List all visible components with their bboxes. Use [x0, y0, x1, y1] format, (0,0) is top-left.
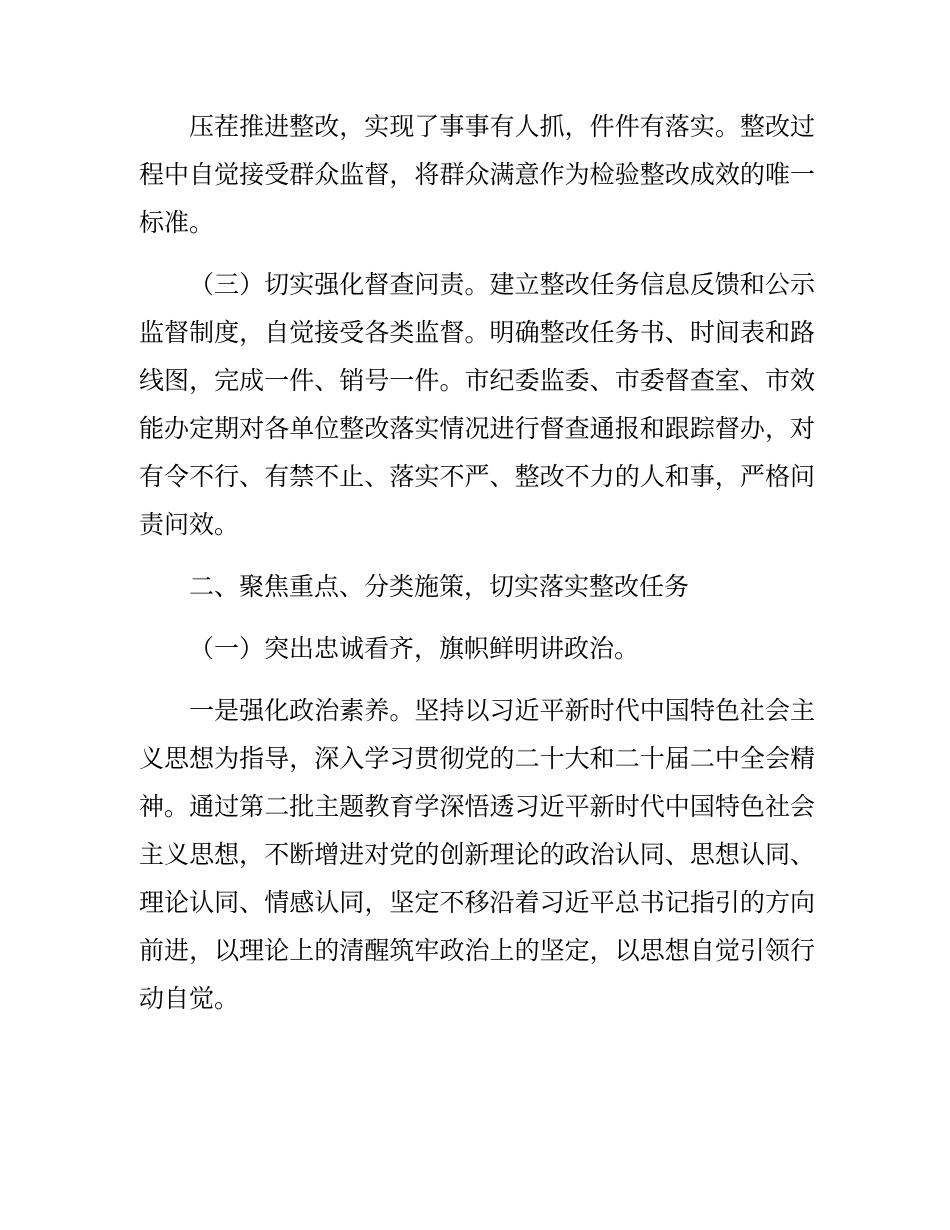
- paragraph-political-literacy: 一是强化政治素养。坚持以习近平新时代中国特色社会主义思想为指导，深入学习贯彻党的…: [139, 687, 815, 1023]
- document-page: 压茬推进整改，实现了事事有人抓，件件有落实。整改过程中自觉接受群众监督，将群众满…: [0, 0, 950, 1230]
- heading-part-two: 二、聚焦重点、分类施策，切实落实整改任务: [139, 563, 815, 611]
- paragraph-supervision-result: 压茬推进整改，实现了事事有人抓，件件有落实。整改过程中自觉接受群众监督，将群众满…: [139, 103, 815, 247]
- paragraph-section-three-accountability: （三）切实强化督查问责。建立整改任务信息反馈和公示监督制度，自觉接受各类监督。明…: [139, 261, 815, 549]
- document-text-block: 压茬推进整改，实现了事事有人抓，件件有落实。整改过程中自觉接受群众监督，将群众满…: [139, 103, 815, 1037]
- heading-subsection-one: （一）突出忠诚看齐，旗帜鲜明讲政治。: [139, 625, 815, 673]
